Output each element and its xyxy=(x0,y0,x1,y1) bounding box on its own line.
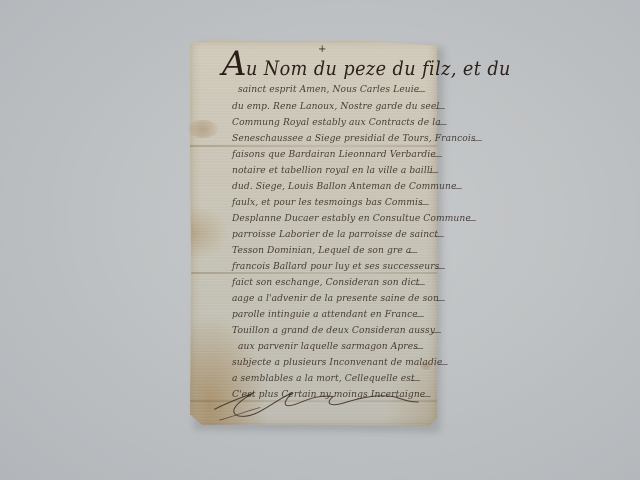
manuscript-line: Tesson Dominian, Lequel de son gre a xyxy=(232,245,411,256)
manuscript-line: dud. Siege, Louis Ballon Anteman de Comm… xyxy=(232,181,456,192)
manuscript-line: aage a l'advenir de la presente saine de… xyxy=(232,293,439,304)
title-initial: A xyxy=(222,44,247,84)
manuscript-line: francois Ballard pour luy et ses success… xyxy=(232,261,439,272)
photo-scene: + A u Nom du peze du filz, et du sainct … xyxy=(0,0,640,480)
manuscript-line: sainct esprit Amen, Nous Carles Leuie xyxy=(238,84,419,95)
manuscript-line: notaire et tabellion royal en la ville a… xyxy=(232,165,433,176)
fold-crease xyxy=(190,145,437,147)
manuscript-line: faict son eschange, Consideran son dict xyxy=(232,277,420,288)
manuscript-line: parroisse Laborier de la parroisse de sa… xyxy=(232,229,438,240)
manuscript-line: Commung Royal estably aux Contracts de l… xyxy=(232,117,441,128)
manuscript-line: faulx, et pour les tesmoings bas Commis xyxy=(232,197,423,208)
manuscript-title: u Nom du peze du filz, et du xyxy=(246,56,511,80)
manuscript-line: Touillon a grand de deux Consideran auss… xyxy=(232,325,435,336)
signature-flourish xyxy=(210,372,420,432)
manuscript-line: du emp. Rene Lanoux, Nostre garde du see… xyxy=(232,101,439,112)
water-stain xyxy=(188,120,218,138)
manuscript-line: Desplanne Ducaer estably en Consultue Co… xyxy=(232,213,471,224)
fold-crease xyxy=(190,272,437,274)
manuscript-line: Seneschaussee a Siege presidial de Tours… xyxy=(232,133,476,144)
manuscript-line: subjecte a plusieurs Inconvenant de mala… xyxy=(232,357,442,368)
manuscript-line: faisons que Bardairan Lieonnard Verbardi… xyxy=(232,149,436,160)
manuscript-line: parolle intinguie a attendant en France xyxy=(232,309,418,320)
manuscript-line: aux parvenir laquelle sarmagon Apres xyxy=(238,341,418,352)
header-cross-mark: + xyxy=(318,44,326,55)
